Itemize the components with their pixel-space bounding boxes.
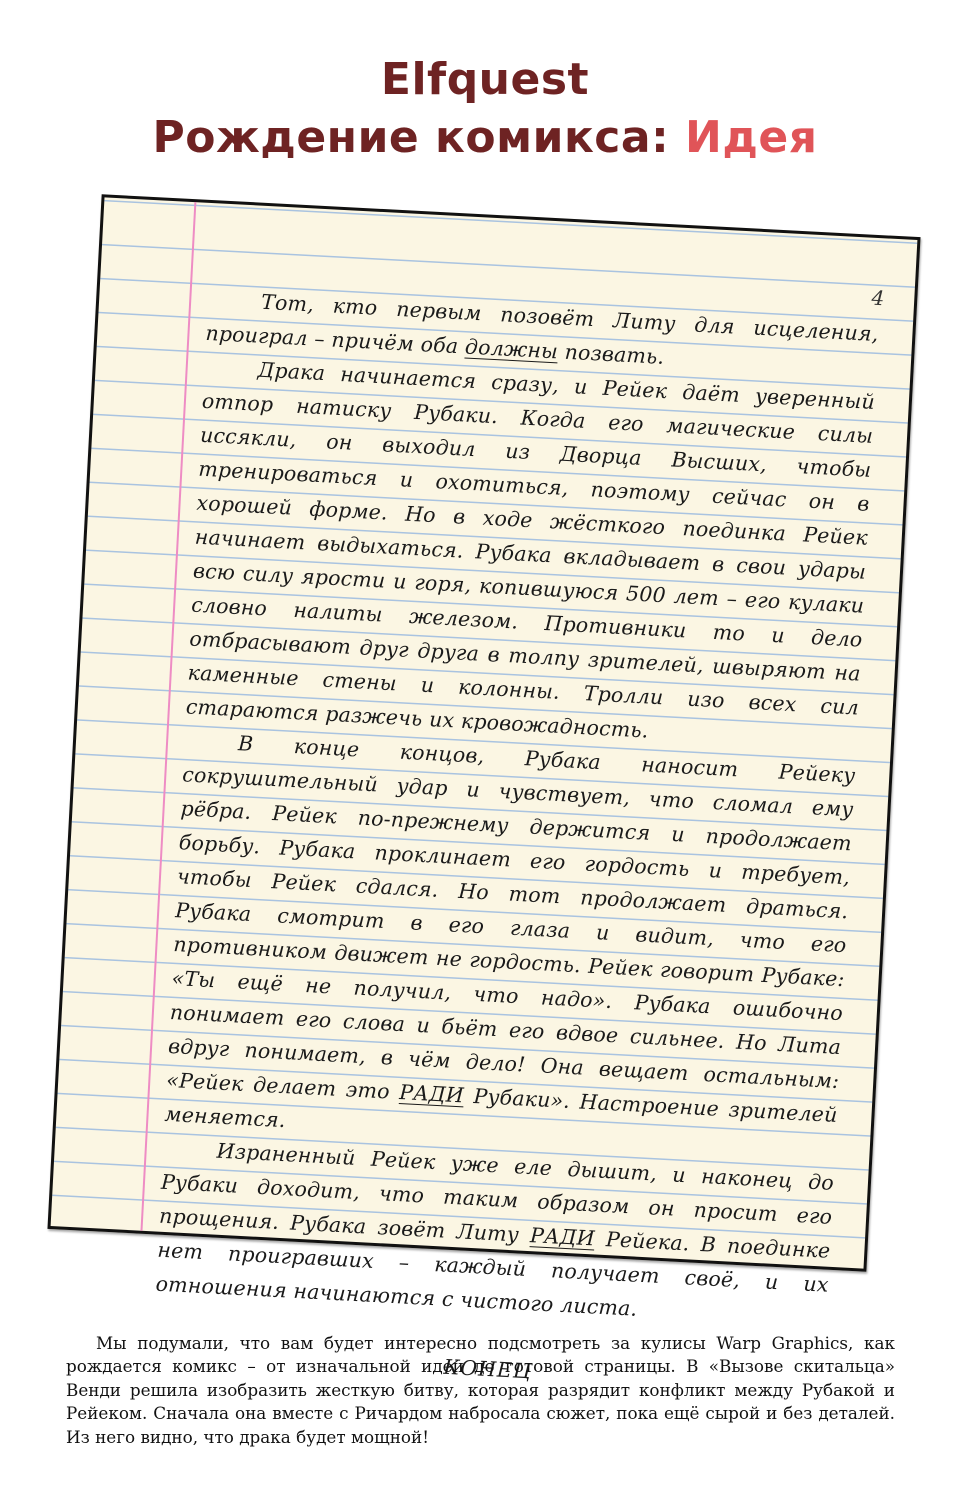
underlined-emphasis: РАДИ <box>399 1080 465 1107</box>
title-series-name: Elfquest <box>0 52 970 108</box>
handwritten-story: Тот, кто первым позовёт Литу для исцелен… <box>151 282 879 1404</box>
title-subtitle-accent: Идея <box>685 112 817 163</box>
story-paragraphs: Тот, кто первым позовёт Литу для исцелен… <box>155 282 879 1336</box>
page-title: Elfquest Рождение комикса: Идея <box>0 52 970 168</box>
title-subtitle: Рождение комикса: Идея <box>0 108 970 168</box>
title-subtitle-prefix: Рождение комикса: <box>153 112 685 163</box>
underlined-emphasis: должны <box>464 334 558 363</box>
notebook-page: 4 Тот, кто первым позовёт Литу для исцел… <box>47 194 920 1271</box>
intro-caption: Мы подумали, что вам будет интересно под… <box>66 1332 895 1449</box>
page-number: 4 <box>871 286 885 311</box>
story-paragraph: В конце концов, Рубака наносит Рейеку со… <box>164 723 856 1166</box>
underlined-emphasis: РАДИ <box>530 1223 596 1250</box>
story-paragraph: Израненный Рейек уже еле дышит, и наконе… <box>155 1131 835 1336</box>
story-paragraph: Драка начинается сразу, и Рейек даёт уве… <box>185 350 876 759</box>
